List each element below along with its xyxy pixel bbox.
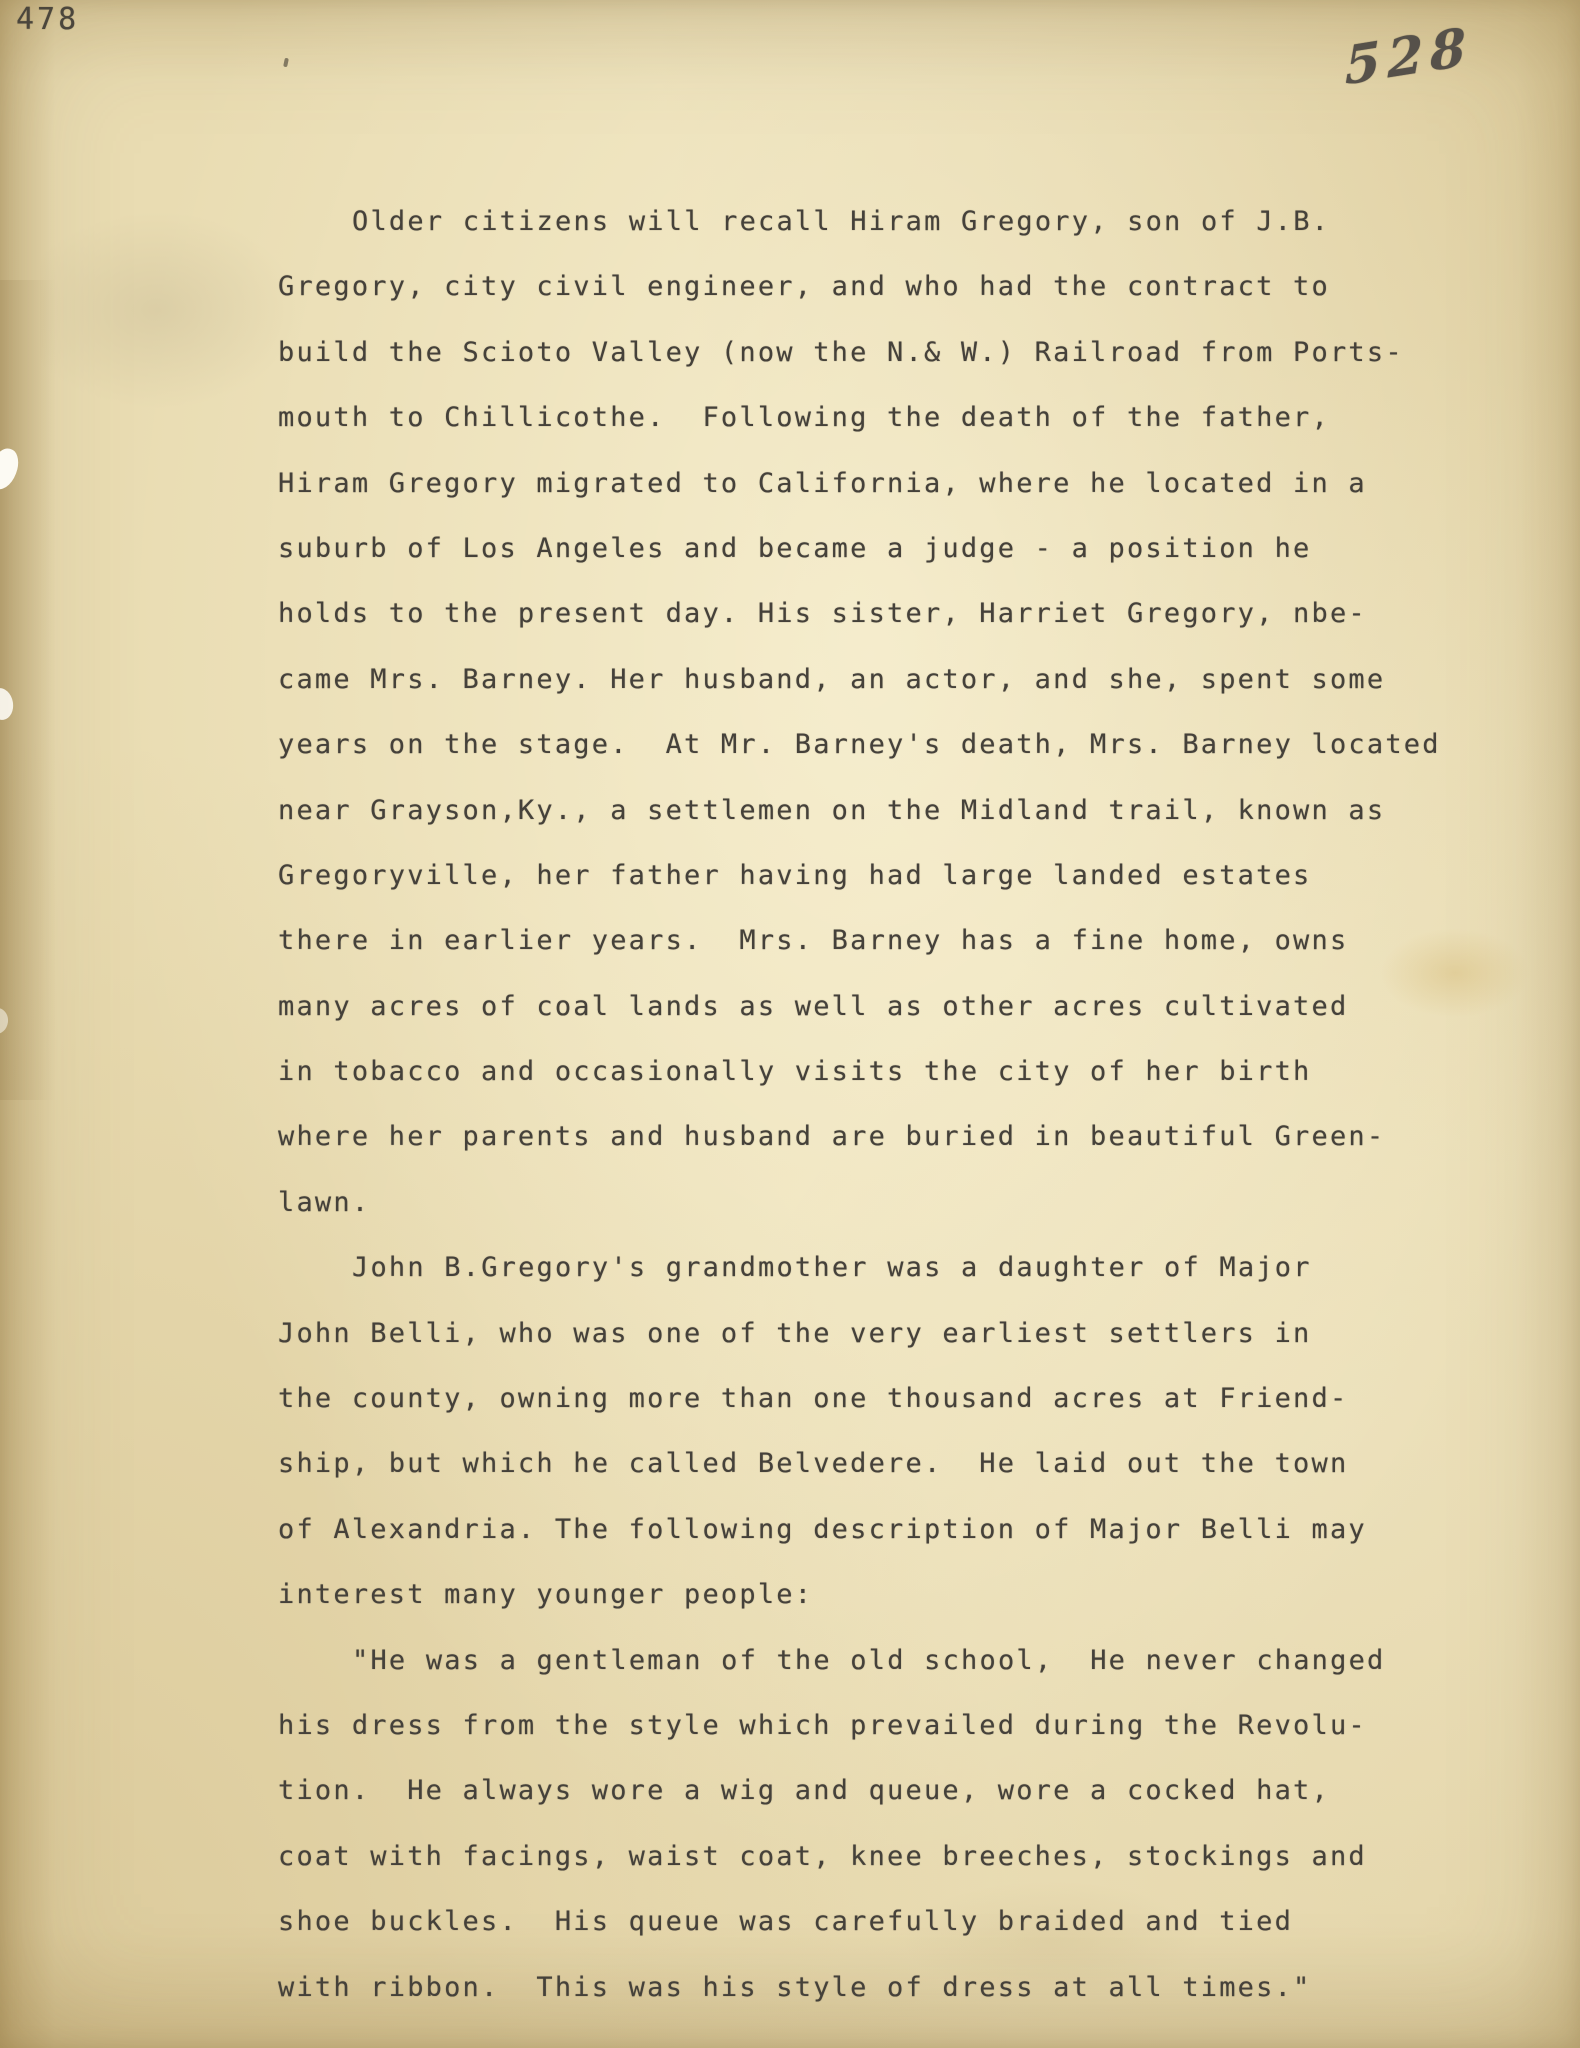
paper-edge-shading xyxy=(0,280,70,1100)
typewritten-line: with ribbon. This was his style of dress… xyxy=(278,1955,1441,2020)
typewritten-line: lawn. xyxy=(278,1170,1441,1235)
torn-edge-chip xyxy=(0,686,16,722)
torn-edge-chip xyxy=(0,1007,10,1036)
typewritten-line: coat with facings, waist coat, knee bree… xyxy=(278,1824,1441,1889)
typewritten-line: holds to the present day. His sister, Ha… xyxy=(278,581,1441,646)
typewritten-line: "He was a gentleman of the old school, H… xyxy=(278,1628,1441,1693)
handwritten-page-number: 528 xyxy=(1344,16,1473,98)
typewritten-text-block: Older citizens will recall Hiram Gregory… xyxy=(278,189,1441,2020)
typewritten-line: Older citizens will recall Hiram Gregory… xyxy=(278,189,1441,254)
typewritten-line: build the Scioto Valley (now the N.& W.)… xyxy=(278,320,1441,385)
typewritten-line: ship, but which he called Belvedere. He … xyxy=(278,1431,1441,1496)
typewritten-line: tion. He always wore a wig and queue, wo… xyxy=(278,1758,1441,1823)
typewritten-line: near Grayson,Ky., a settlemen on the Mid… xyxy=(278,778,1441,843)
typewritten-line: came Mrs. Barney. Her husband, an actor,… xyxy=(278,647,1441,712)
typewritten-line: his dress from the style which prevailed… xyxy=(278,1693,1441,1758)
printed-page-number: 478 xyxy=(16,2,79,37)
typewritten-line: Gregoryville, her father having had larg… xyxy=(278,843,1441,908)
paper-crease-smudge xyxy=(40,210,300,410)
typewritten-line: many acres of coal lands as well as othe… xyxy=(278,974,1441,1039)
typewritten-line: Gregory, city civil engineer, and who ha… xyxy=(278,254,1441,319)
scanned-typewritten-page: 478 528 Older citizens will recall Hiram… xyxy=(0,0,1580,2048)
typewritten-line: where her parents and husband are buried… xyxy=(278,1104,1441,1169)
typewritten-line: the county, owning more than one thousan… xyxy=(278,1366,1441,1431)
typewritten-line: John B.Gregory's grandmother was a daugh… xyxy=(278,1235,1441,1300)
typewritten-line: in tobacco and occasionally visits the c… xyxy=(278,1039,1441,1104)
typewritten-line: Hiram Gregory migrated to California, wh… xyxy=(278,451,1441,516)
typewritten-line: John Belli, who was one of the very earl… xyxy=(278,1301,1441,1366)
typewritten-line: interest many younger people: xyxy=(278,1562,1441,1627)
typewritten-line: there in earlier years. Mrs. Barney has … xyxy=(278,908,1441,973)
typewritten-line: years on the stage. At Mr. Barney's deat… xyxy=(278,712,1441,777)
typewritten-line: shoe buckles. His queue was carefully br… xyxy=(278,1889,1441,1954)
typewritten-line: mouth to Chillicothe. Following the deat… xyxy=(278,385,1441,450)
typewritten-line: of Alexandria. The following description… xyxy=(278,1497,1441,1562)
ink-speck xyxy=(283,58,289,68)
torn-edge-chip xyxy=(0,445,22,492)
typewritten-line: suburb of Los Angeles and became a judge… xyxy=(278,516,1441,581)
